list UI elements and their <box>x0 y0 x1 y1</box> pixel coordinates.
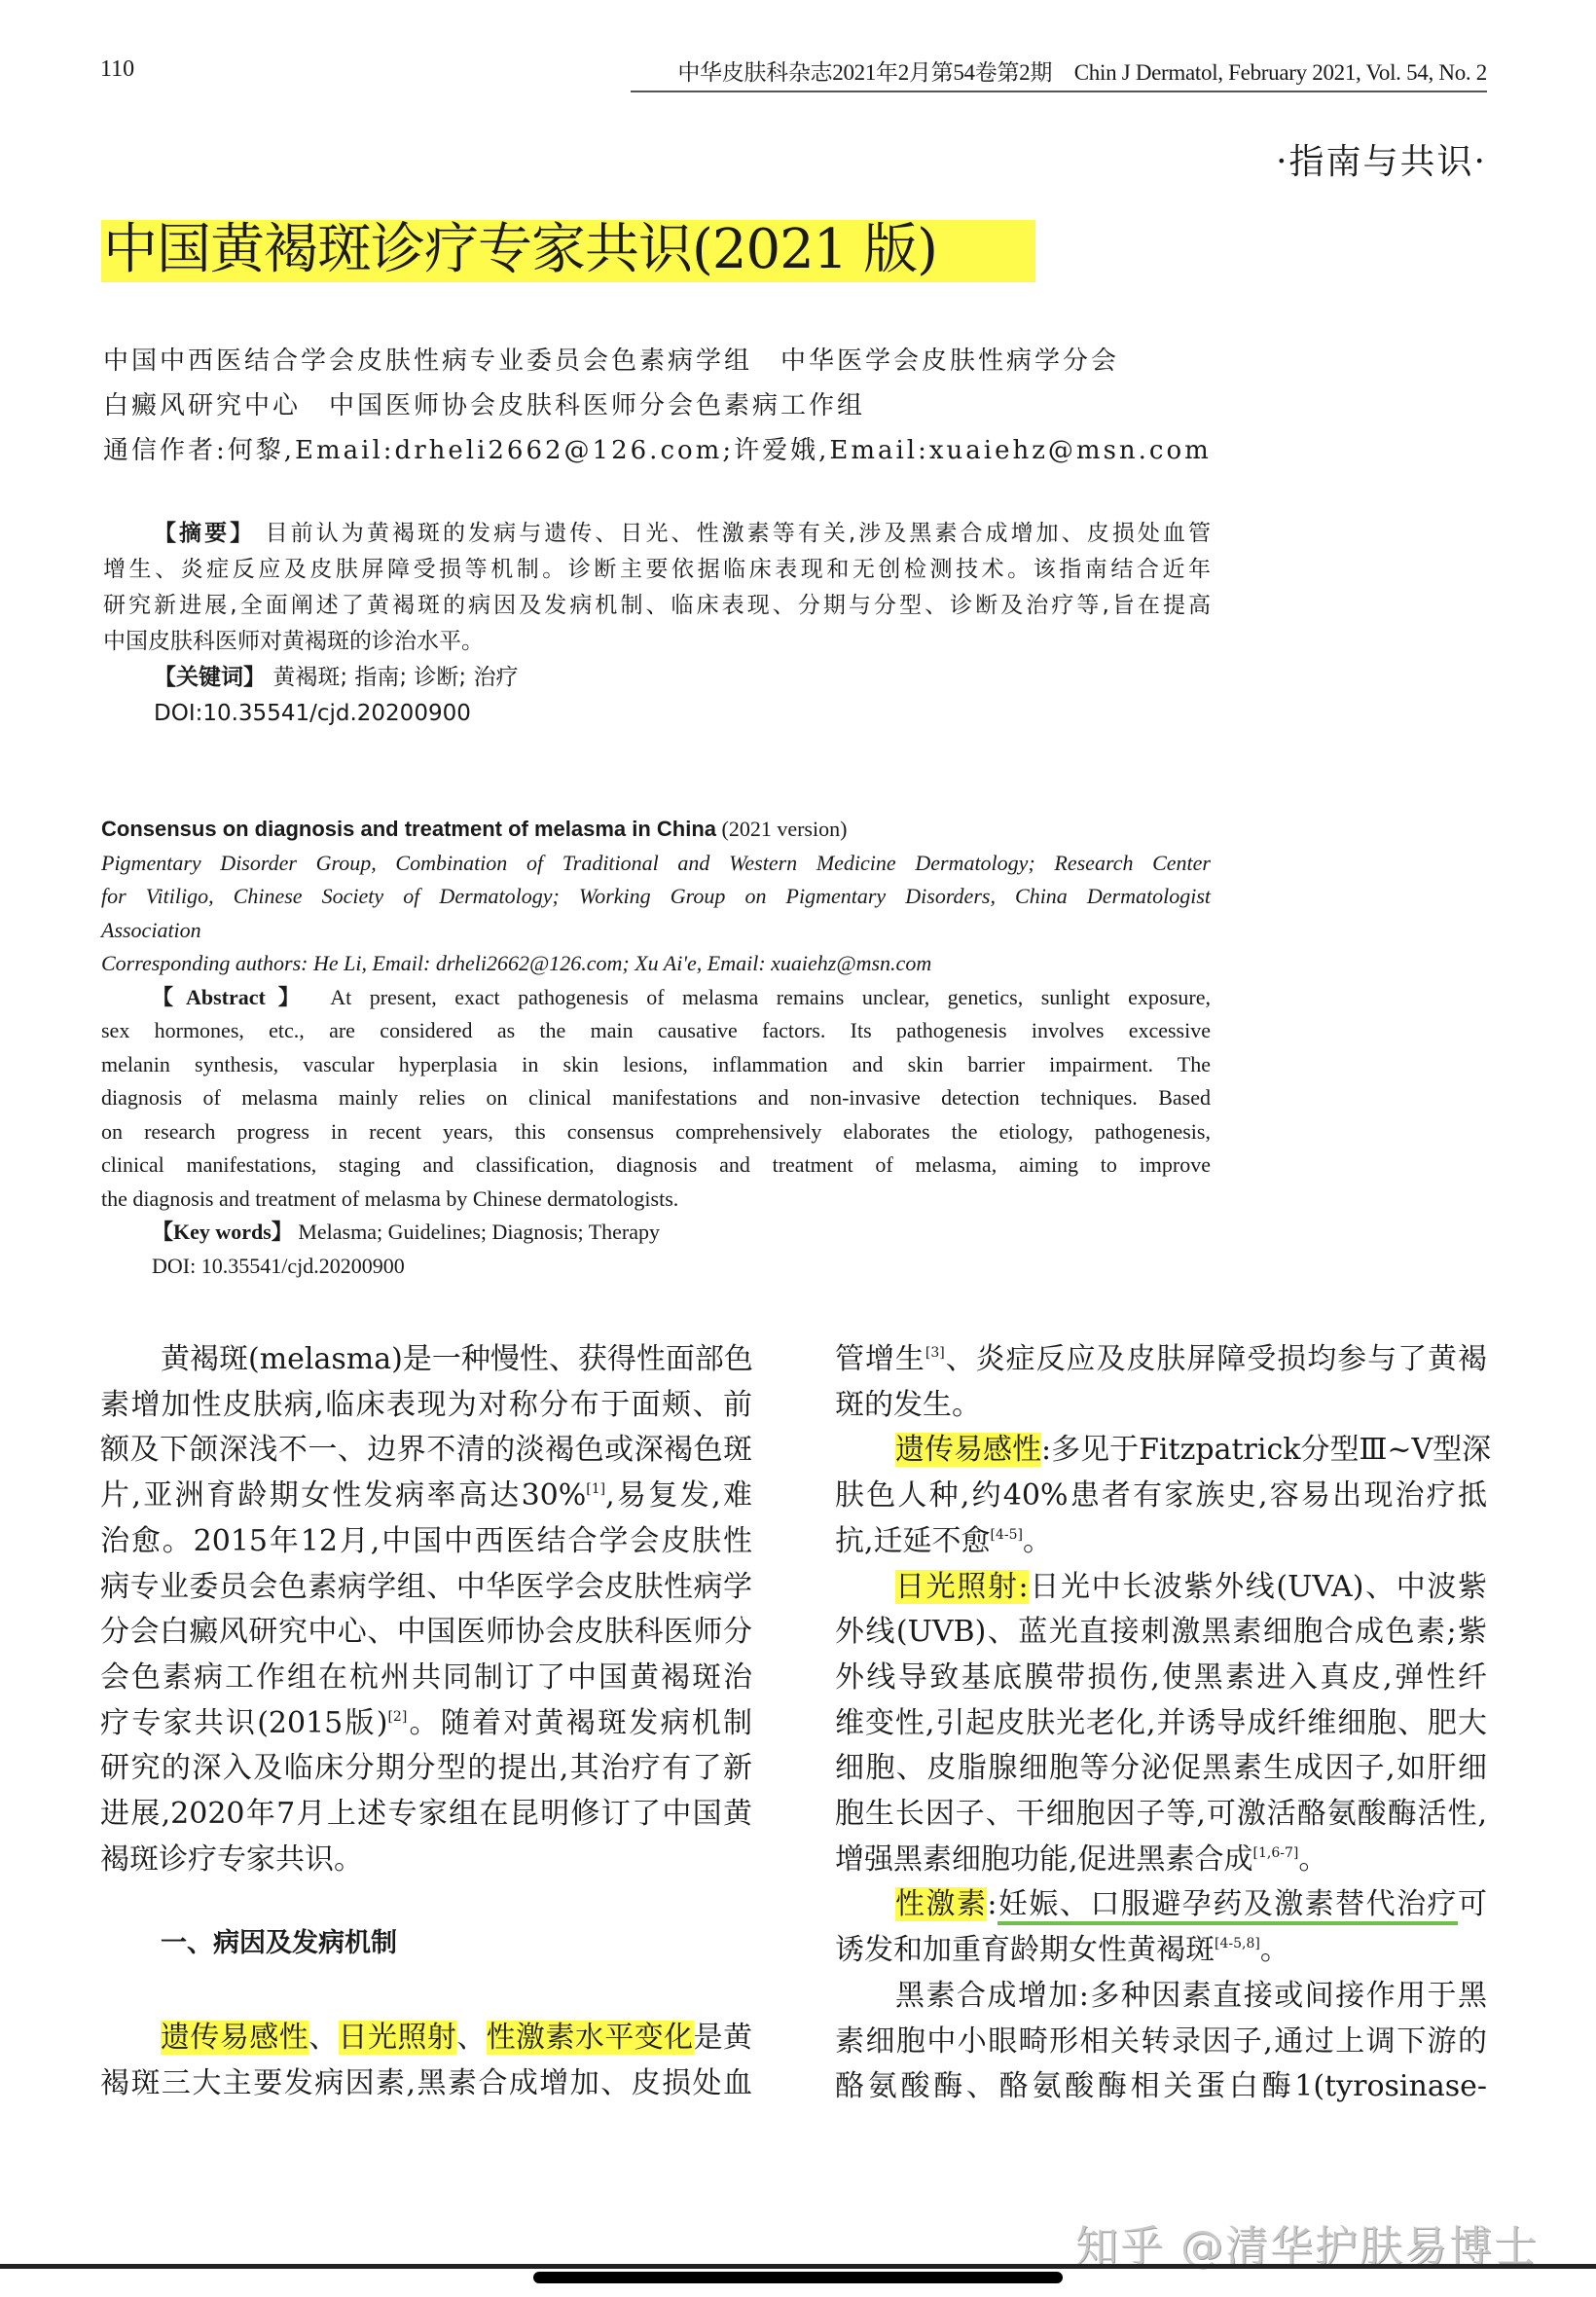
en-abstract-line: clinical manifestations, staging and cla… <box>101 1148 1211 1183</box>
highlight: 遗传易感性 <box>161 2021 308 2055</box>
citation-ref[interactable]: [4-5] <box>991 1527 1023 1543</box>
body-line: 遗传易感性:多见于Fitzpatrick分型Ⅲ~Ⅴ型深 <box>835 1428 1487 1474</box>
abstract-line: 【摘要】 目前认为黄褐斑的发病与遗传、日光、性激素等有关,涉及黑素合成增加、皮损… <box>103 516 1211 552</box>
affiliation-line: 白癜风研究中心 中国医师协会皮肤科医师分会色素病工作组 <box>103 383 1212 428</box>
body-line: 素增加性皮肤病,临床表现为对称分布于面颊、前 <box>100 1383 752 1429</box>
citation-ref[interactable]: [4-5,8] <box>1215 1936 1260 1951</box>
keywords-line: 【关键词】 黄褐斑; 指南; 诊断; 治疗 <box>103 660 1211 696</box>
en-title-line: Consensus on diagnosis and treatment of … <box>101 813 1211 847</box>
cn-abstract: 【摘要】 目前认为黄褐斑的发病与遗传、日光、性激素等有关,涉及黑素合成增加、皮损… <box>103 516 1211 732</box>
highlight: 性激素水平变化 <box>487 2021 694 2055</box>
body-line: 会色素病工作组在杭州共同制订了中国黄褐斑治 <box>100 1656 752 1701</box>
body-column-left: 黄褐斑(melasma)是一种慢性、获得性面部色 素增加性皮肤病,临床表现为对称… <box>100 1337 752 2107</box>
en-keywords-label: 【Key words】 <box>152 1220 293 1244</box>
en-abstract-line: the diagnosis and treatment of melasma b… <box>101 1183 1211 1217</box>
body-line: 疗专家共识(2015版)[2]。随着对黄褐斑发病机制 <box>100 1701 752 1747</box>
en-abstract-line: 【Abstract】 At present, exact pathogenesi… <box>101 981 1211 1015</box>
home-indicator[interactable] <box>533 2272 1063 2283</box>
corresponding-authors: 通信作者:何黎,Email:drheli2662@126.com;许爱娥,Ema… <box>103 428 1212 473</box>
body-line: 褐斑三大主要发病因素,黑素合成增加、皮损处血 <box>100 2061 752 2107</box>
citation-ref[interactable]: [3] <box>925 1345 945 1361</box>
body-line: 片,亚洲育龄期女性发病率高达30%[1],易复发,难 <box>100 1474 752 1519</box>
en-keywords-line: 【Key words】 Melasma; Guidelines; Diagnos… <box>101 1216 1211 1250</box>
green-underline: 妊娠、口服避孕药及激素替代治疗 <box>997 1887 1459 1925</box>
running-header: 中华皮肤科杂志2021年2月第54卷第2期 Chin J Dermatol, F… <box>631 55 1487 92</box>
body-line: 诱发和加重育龄期女性黄褐斑[4-5,8]。 <box>835 1928 1487 1974</box>
body-line: 日光照射:日光中长波紫外线(UVA)、中波紫 <box>835 1565 1487 1611</box>
body-line: 酪氨酸酶、酪氨酸酶相关蛋白酶1(tyrosinase- <box>835 2064 1487 2110</box>
body-line: 治愈。2015年12月,中国中西医结合学会皮肤性 <box>100 1519 752 1565</box>
body-line: 维变性,引起皮肤光老化,并诱导成纤维细胞、肥大 <box>835 1701 1487 1747</box>
en-abstract-line: diagnosis of melasma mainly relies on cl… <box>101 1081 1211 1115</box>
citation-ref[interactable]: [1,6-7] <box>1253 1845 1299 1861</box>
en-corresponding: Corresponding authors: He Li, Email: drh… <box>101 947 1211 981</box>
abstract-label: 【摘要】 <box>154 521 255 546</box>
citation-ref[interactable]: [2] <box>387 1709 407 1725</box>
highlight: 日光照射 <box>339 2021 457 2055</box>
body-line: 进展,2020年7月上述专家组在昆明修订了中国黄 <box>100 1792 752 1838</box>
body-column-right: 管增生[3]、炎症反应及皮肤屏障受损均参与了黄褐 斑的发生。 遗传易感性:多见于… <box>835 1337 1487 2110</box>
body-line: 遗传易感性、日光照射、性激素水平变化是黄 <box>100 2016 752 2061</box>
abstract-line: 研究新进展,全面阐述了黄褐斑的病因及发病机制、临床表现、分期与分型、诊断及治疗等… <box>103 588 1211 624</box>
highlight: 性激素 <box>895 1887 987 1921</box>
abstract-line: 增生、炎症反应及皮肤屏障受损等机制。诊断主要依据临床表现和无创检测技术。该指南结… <box>103 552 1211 588</box>
highlight: 遗传易感性 <box>895 1433 1041 1467</box>
body-line: 斑的发生。 <box>835 1383 1487 1429</box>
article-title: 中国黄褐斑诊疗专家共识(2021 版) <box>103 218 937 282</box>
body-line: 外线导致基底膜带损伤,使黑素进入真皮,弹性纤 <box>835 1656 1487 1701</box>
body-line: 胞生长因子、干细胞因子等,可激活酪氨酸酶活性, <box>835 1792 1487 1838</box>
keywords-label: 【关键词】 <box>154 665 266 690</box>
en-abstract: Consensus on diagnosis and treatment of … <box>101 813 1211 1283</box>
en-affiliation-line: Association <box>101 914 1211 948</box>
body-line: 研究的深入及临床分期分型的提出,其治疗有了新 <box>100 1746 752 1792</box>
body-line: 黑素合成增加:多种因素直接或间接作用于黑 <box>835 1974 1487 2020</box>
bottom-divider <box>0 2264 1596 2269</box>
keywords: 黄褐斑; 指南; 诊断; 治疗 <box>272 665 518 690</box>
body-line: 病专业委员会色素病学组、中华医学会皮肤性病学 <box>100 1565 752 1611</box>
en-abstract-line: on research progress in recent years, th… <box>101 1115 1211 1149</box>
body-line: 分会白癜风研究中心、中国医师协会皮肤科医师分 <box>100 1610 752 1656</box>
body-line: 细胞、皮脂腺细胞等分泌促黑素生成因子,如肝细 <box>835 1746 1487 1792</box>
body-line: 抗,迁延不愈[4-5]。 <box>835 1519 1487 1565</box>
section-heading: 一、病因及发病机制 <box>100 1921 752 1967</box>
body-line: 外线(UVB)、蓝光直接刺激黑素细胞合成色素;紫 <box>835 1610 1487 1656</box>
page-number: 110 <box>100 56 134 83</box>
highlight: 日光照射: <box>895 1570 1029 1604</box>
affiliation-line: 中国中西医结合学会皮肤性病专业委员会色素病学组 中华医学会皮肤性病学分会 <box>103 339 1212 383</box>
body-line: 素细胞中小眼畸形相关转录因子,通过上调下游的 <box>835 2020 1487 2065</box>
citation-ref[interactable]: [1] <box>586 1481 605 1497</box>
en-abstract-line: sex hormones, etc., are considered as th… <box>101 1014 1211 1048</box>
en-abstract-label: 【Abstract】 <box>152 985 312 1009</box>
author-affiliations: 中国中西医结合学会皮肤性病专业委员会色素病学组 中华医学会皮肤性病学分会 白癜风… <box>103 339 1212 473</box>
en-affiliation-line: Pigmentary Disorder Group, Combination o… <box>101 847 1211 881</box>
en-abstract-line: melanin synthesis, vascular hyperplasia … <box>101 1048 1211 1082</box>
body-line: 性激素:妊娠、口服避孕药及激素替代治疗可 <box>835 1882 1487 1928</box>
body-line: 管增生[3]、炎症反应及皮肤屏障受损均参与了黄褐 <box>835 1337 1487 1383</box>
body-line: 褐斑诊疗专家共识。 <box>100 1838 752 1883</box>
body-line: 增强黑素细胞功能,促进黑素合成[1,6-7]。 <box>835 1838 1487 1883</box>
section-tag: ·指南与共识· <box>1276 134 1487 184</box>
body-line: 肤色人种,约40%患者有家族史,容易出现治疗抵 <box>835 1474 1487 1519</box>
body-line: 黄褐斑(melasma)是一种慢性、获得性面部色 <box>100 1337 752 1383</box>
doi[interactable]: DOI:10.35541/cjd.20200900 <box>103 696 1211 732</box>
en-doi[interactable]: DOI: 10.35541/cjd.20200900 <box>101 1250 1211 1284</box>
body-line: 额及下颌深浅不一、边界不清的淡褐色或深褐色斑 <box>100 1428 752 1474</box>
abstract-line: 中国皮肤科医师对黄褐斑的诊治水平。 <box>103 624 1211 660</box>
en-title: Consensus on diagnosis and treatment of … <box>101 817 716 841</box>
en-affiliation-line: for Vitiligo, Chinese Society of Dermato… <box>101 880 1211 914</box>
